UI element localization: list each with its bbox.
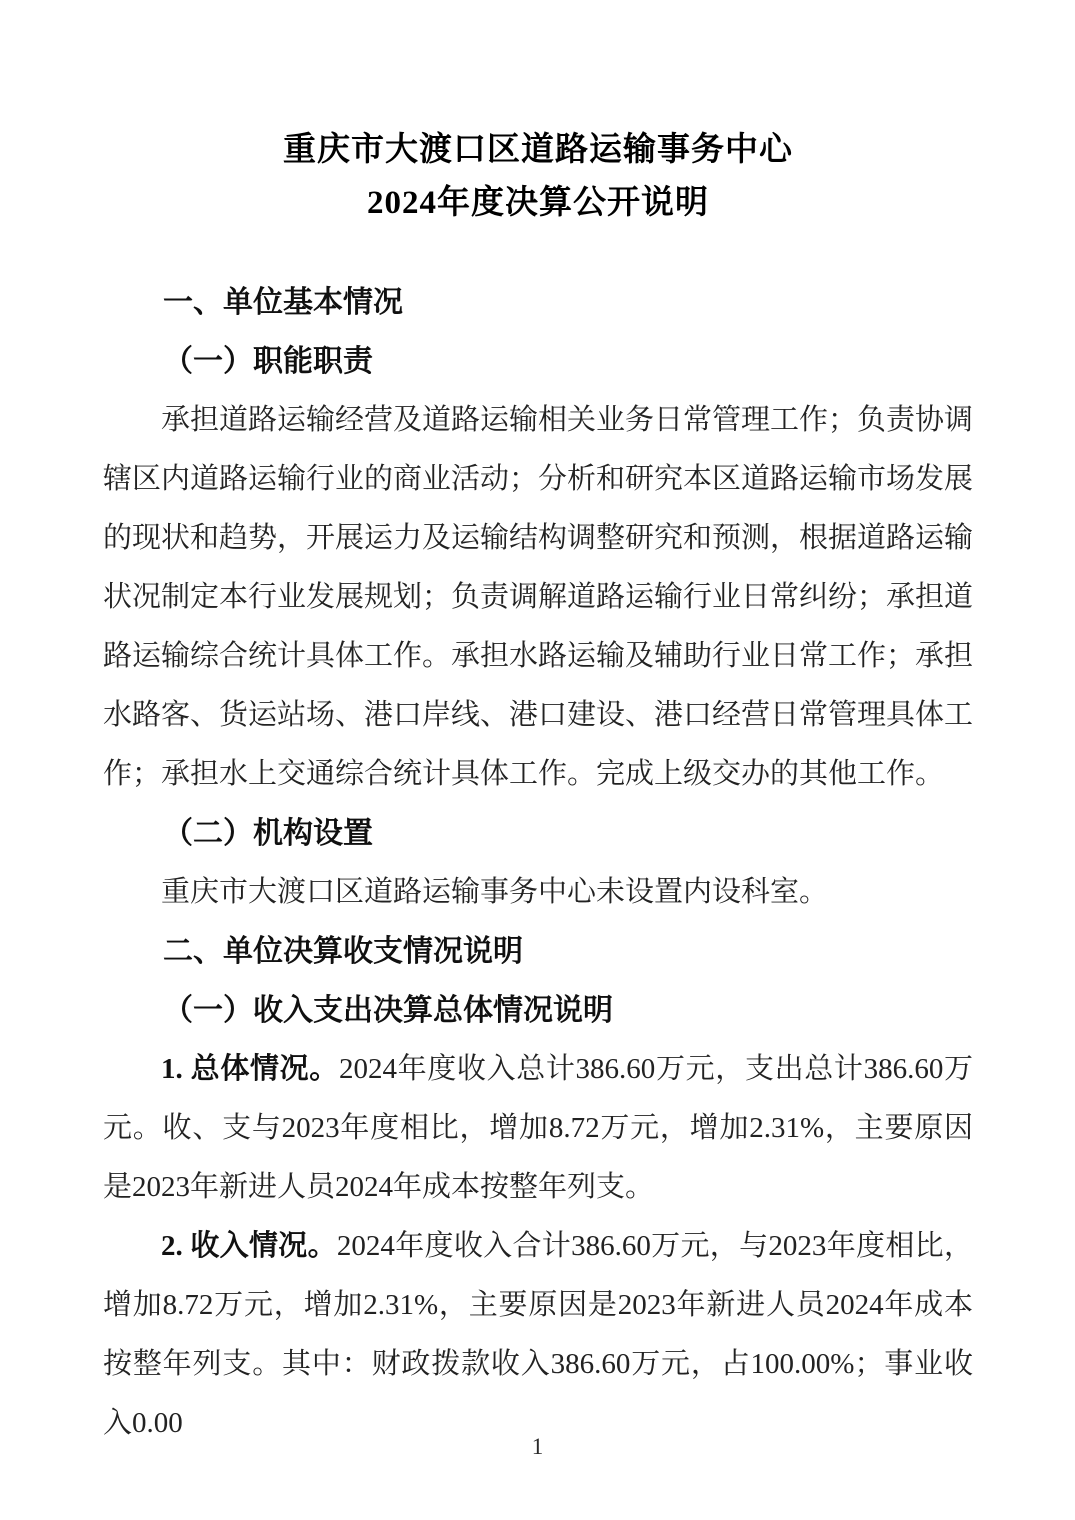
document-title-line2: 2024年度决算公开说明 <box>103 177 973 230</box>
paragraph-overall-situation-lead: 1. 总体情况。 <box>161 1053 339 1085</box>
subsection-heading-overall-summary: （一）收入支出决算总体情况说明 <box>103 981 973 1040</box>
paragraph-duties: 承担道路运输经营及道路运输相关业务日常管理工作；负责协调辖区内道路运输行业的商业… <box>103 391 973 804</box>
paragraph-income-situation-lead: 2. 收入情况。 <box>161 1230 337 1262</box>
section-heading-budget: 二、单位决算收支情况说明 <box>103 922 973 981</box>
document-body: 一、单位基本情况 （一）职能职责 承担道路运输经营及道路运输相关业务日常管理工作… <box>103 273 973 1453</box>
paragraph-overall-situation: 1. 总体情况。2024年度收入总计386.60万元，支出总计386.60万元。… <box>103 1040 973 1217</box>
section-heading-basic-info: 一、单位基本情况 <box>103 273 973 332</box>
page-number: 1 <box>0 1434 1075 1460</box>
document-canvas: { "colors": { "background": "#ffffff", "… <box>0 0 1075 1520</box>
document-page: 重庆市大渡口区道路运输事务中心 2024年度决算公开说明 一、单位基本情况 （一… <box>103 0 973 1453</box>
document-title: 重庆市大渡口区道路运输事务中心 2024年度决算公开说明 <box>103 0 973 230</box>
paragraph-organization: 重庆市大渡口区道路运输事务中心未设置内设科室。 <box>103 863 973 922</box>
document-title-line1: 重庆市大渡口区道路运输事务中心 <box>103 124 973 177</box>
subsection-heading-organization: （二）机构设置 <box>103 804 973 863</box>
subsection-heading-duties: （一）职能职责 <box>103 332 973 391</box>
paragraph-income-situation: 2. 收入情况。2024年度收入合计386.60万元，与2023年度相比，增加8… <box>103 1217 973 1453</box>
